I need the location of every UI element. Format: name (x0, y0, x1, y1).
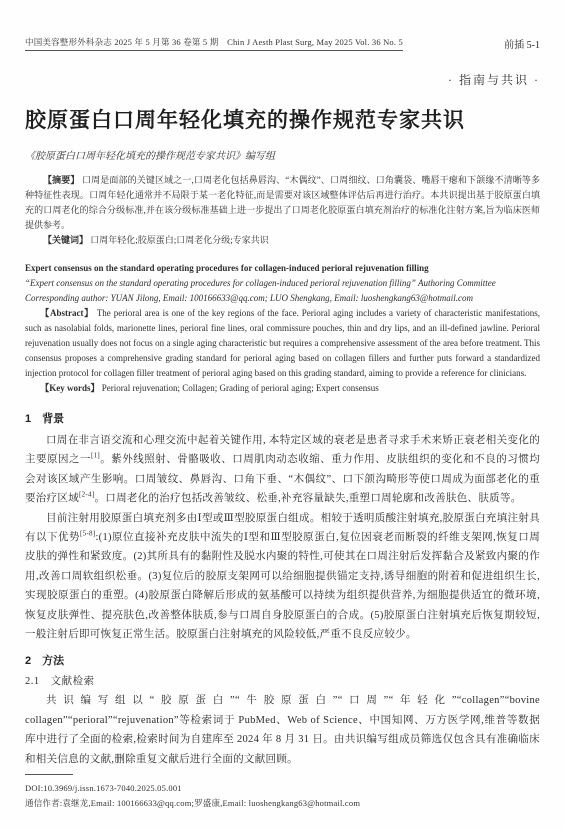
paragraph-text: :(1)原位直接补充皮肤中流失的Ⅰ型和Ⅲ型胶原蛋白,复位因衰老而断裂的纤维支架网… (25, 532, 540, 640)
cn-keywords-paragraph: 【关键词】 口周年轻化;胶原蛋白;口周老化分级;专家共识 (25, 233, 540, 248)
cn-keywords-label: 【关键词】 (43, 235, 88, 245)
footnote-divider (25, 774, 73, 775)
cn-abstract-paragraph: 【摘要】 口周是面部的关键区域之一,口周老化包括鼻唇沟、“木偶纹”、口周细纹、口… (25, 173, 540, 233)
corresponding-author-line: 通信作者:袁继龙,Email: 100166633@qq.com;罗盛康,Ema… (25, 796, 540, 811)
en-corresponding-author: Corresponding author: YUAN Jilong, Email… (25, 291, 540, 306)
footnote-area: DOI:10.3969/j.issn.1673-7040.2025.05.001… (25, 774, 540, 811)
article-title-en: Expert consensus on the standard operati… (25, 261, 540, 276)
citation-ref-1: [1] (91, 452, 100, 460)
en-keywords-label: 【Key words】 (40, 383, 99, 393)
paragraph-text: 。口周老化的治疗包括改善皱纹、松垂,补充容量缺失,重塑口周轮廓和改善肤色、肤质等… (95, 493, 522, 504)
page-header: 中国美容整形外科杂志 2025 年 5 月第 36 卷第 5 期 Chin J … (25, 36, 540, 51)
section-2-heading: 2 方法 (25, 652, 540, 668)
cn-abstract-label: 【摘要】 (43, 175, 80, 185)
en-abstract-paragraph: 【Abstract】 The perioral area is one of t… (25, 306, 540, 381)
cn-abstract-section: 【摘要】 口周是面部的关键区域之一,口周老化包括鼻唇沟、“木偶纹”、口周细纹、口… (25, 173, 540, 248)
author-group: 《胶原蛋白口周年轻化填充的操作规范专家共识》编写组 (25, 147, 540, 162)
en-author-group: “Expert consensus on the standard operat… (25, 276, 540, 291)
citation-ref-2-4: [2-4] (79, 491, 95, 499)
cn-keywords-text: 口周年轻化;胶原蛋白;口周老化分级;专家共识 (90, 235, 269, 245)
section-1-paragraph-1: 口周在非言语交流和心理交流中起着关键作用, 本特定区域的衰老是患者寻求手术来矫正… (25, 431, 540, 509)
citation-ref-5-8: [5-8] (80, 530, 96, 538)
page-number: 前插 5-1 (504, 36, 540, 51)
section-2-1-heading: 2.1 文献检索 (25, 673, 540, 688)
en-abstract-label: 【Abstract】 (40, 308, 94, 318)
article-title-cn: 胶原蛋白口周年轻化填充的操作规范专家共识 (25, 104, 540, 134)
en-abstract-text: The perioral area is one of the key regi… (25, 308, 540, 378)
section-1-paragraph-2: 目前注射用胶原蛋白填充剂多由Ⅰ型或Ⅲ型胶原蛋白组成。相较于透明质酸注射填充,胶原… (25, 509, 540, 645)
journal-page: 中国美容整形外科杂志 2025 年 5 月第 36 卷第 5 期 Chin J … (0, 0, 564, 829)
section-2-1-paragraph: 共识编写组以“胶原蛋白”“牛胶原蛋白”“口周”“年轻化”“collagen”“b… (25, 691, 540, 769)
cn-abstract-text: 口周是面部的关键区域之一,口周老化包括鼻唇沟、“木偶纹”、口周细纹、口角囊袋、嘴… (25, 175, 540, 230)
en-abstract-section: Expert consensus on the standard operati… (25, 261, 540, 396)
article-body: 1 背景 口周在非言语交流和心理交流中起着关键作用, 本特定区域的衰老是患者寻求… (25, 410, 540, 769)
journal-citation: 中国美容整形外科杂志 2025 年 5 月第 36 卷第 5 期 Chin J … (25, 36, 403, 51)
en-keywords-paragraph: 【Key words】 Perioral rejuvenation; Colla… (25, 381, 540, 396)
doi-line: DOI:10.3969/j.issn.1673-7040.2025.05.001 (25, 781, 540, 796)
en-keywords-text: Perioral rejuvenation; Collagen; Grading… (102, 383, 379, 393)
column-section-label: · 指南与共识 · (25, 71, 540, 88)
section-1-heading: 1 背景 (25, 410, 540, 426)
